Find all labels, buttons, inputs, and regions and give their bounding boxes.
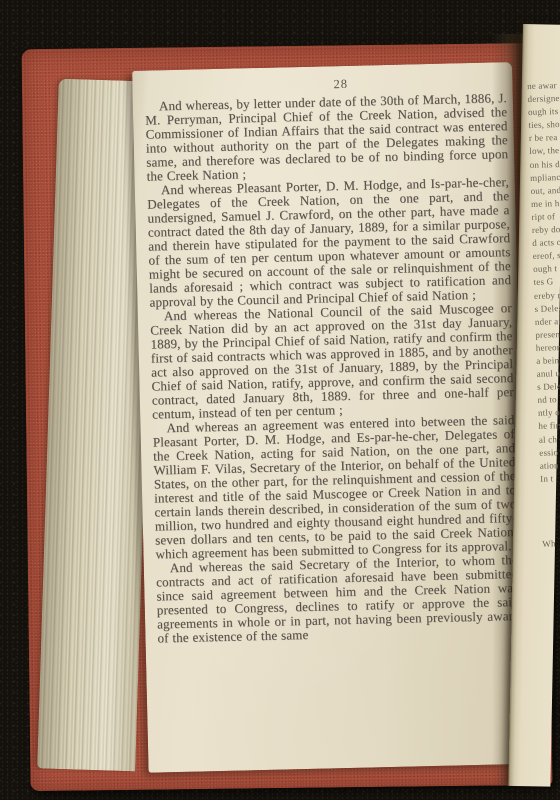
text-fragment: ough t bbox=[533, 262, 560, 276]
text-fragment: ereof, s bbox=[533, 249, 560, 263]
text-fragment: low, the bbox=[529, 144, 560, 158]
text-fragment: r be rea bbox=[529, 131, 560, 145]
text-fragment: out, and bbox=[530, 183, 560, 197]
text-fragment: on his di bbox=[530, 157, 560, 171]
text-fragment: me in h bbox=[531, 197, 560, 211]
text-fragment: In t bbox=[540, 471, 560, 485]
text-fragment: ereby r bbox=[534, 288, 560, 302]
paragraph: And whereas Pleasant Porter, D. M. Hodge… bbox=[147, 175, 512, 309]
text-fragment: anul u bbox=[536, 367, 560, 381]
paragraph: And whereas the National Council of the … bbox=[150, 301, 515, 421]
text-fragment: essio bbox=[539, 445, 560, 459]
page-text: And whereas, by letter under date of the… bbox=[145, 91, 520, 645]
text-fragment: ough its bbox=[528, 105, 560, 119]
page-number: 28 bbox=[333, 77, 348, 92]
paragraph: And whereas the said Secretary of the In… bbox=[156, 553, 520, 646]
text-fragment: presen bbox=[535, 327, 560, 341]
text-fragment: ript of bbox=[531, 210, 560, 224]
text-fragment: s Deleg bbox=[534, 301, 560, 315]
text-fragment: nder ar bbox=[535, 314, 560, 328]
text-fragment: ntly o bbox=[538, 406, 560, 420]
text-fragment: al ch bbox=[539, 432, 560, 446]
text-fragment bbox=[541, 498, 560, 512]
text-fragment: s Dele bbox=[537, 380, 560, 394]
text-fragment: d acts o bbox=[532, 236, 560, 250]
text-fragment: ties, sho bbox=[528, 118, 560, 132]
facing-page-text-fragments: ne awardersignedough itsties, shor be re… bbox=[527, 79, 560, 551]
text-fragment bbox=[540, 484, 560, 498]
text-fragment: he firs bbox=[538, 419, 560, 433]
text-fragment: hereon, bbox=[536, 340, 560, 354]
text-fragment: nd to bbox=[537, 393, 560, 407]
paragraph: And whereas an agreement was entered int… bbox=[152, 413, 517, 561]
text-fragment: mpliance bbox=[530, 170, 560, 184]
text-fragment: a being bbox=[536, 354, 560, 368]
text-fragment: Wh bbox=[542, 537, 560, 551]
text-fragment: tes G bbox=[533, 275, 560, 289]
text-fragment bbox=[542, 524, 560, 538]
paragraph: And whereas, by letter under date of the… bbox=[145, 91, 509, 184]
text-fragment: reby do bbox=[532, 223, 560, 237]
text-fragment: ation bbox=[540, 458, 560, 472]
text-fragment: dersigned bbox=[527, 92, 560, 106]
text-fragment: ne awar bbox=[527, 79, 560, 93]
book-page: 28 And whereas, by letter under date of … bbox=[132, 62, 528, 773]
photo-scene: 28 And whereas, by letter under date of … bbox=[0, 0, 560, 800]
text-fragment bbox=[541, 511, 560, 525]
